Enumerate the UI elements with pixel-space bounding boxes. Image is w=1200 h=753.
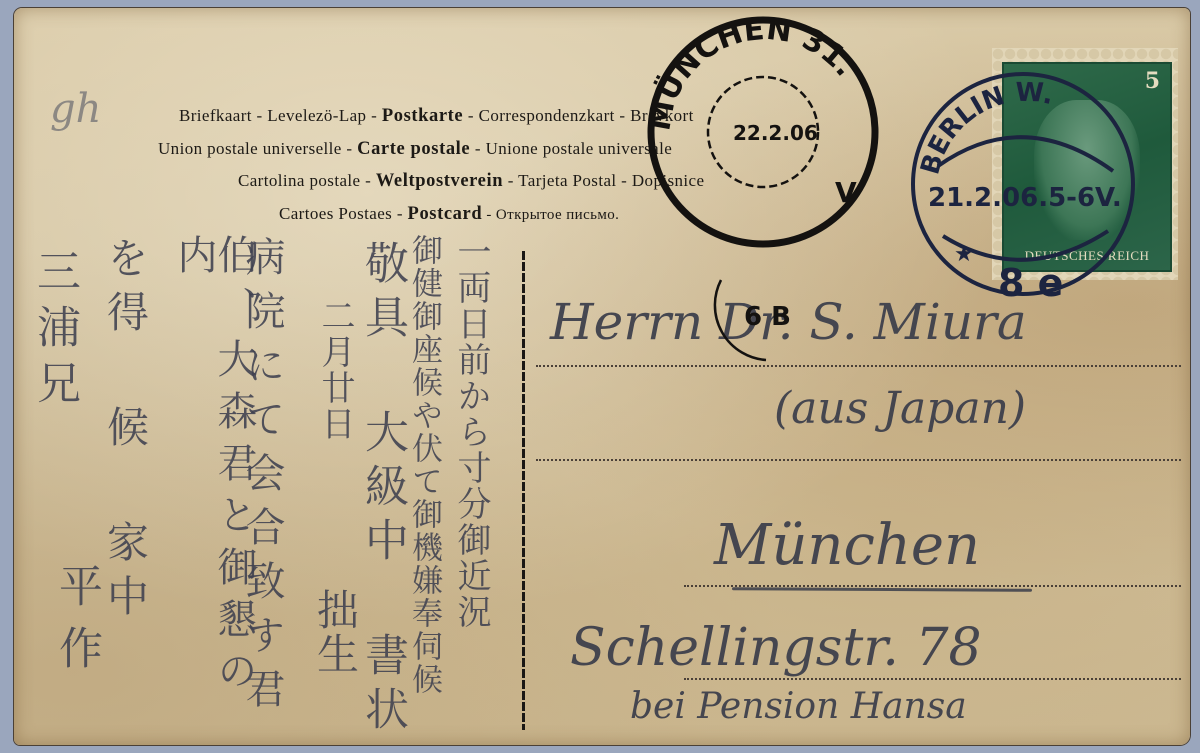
address-line-2 [536, 459, 1181, 461]
message-signature: 平作 [54, 563, 98, 687]
header-postcard: Postcard [408, 204, 483, 224]
munich-postmark: MÜNCHEN 31. 22.2.06 V [630, 12, 900, 252]
city-underline [732, 587, 1032, 592]
message-column-4: 二月廿日 [318, 298, 352, 442]
center-divider [522, 251, 525, 730]
berlin-office: 8 e [998, 261, 1063, 305]
message-column-3: 敬具 大級中 書状 [360, 240, 404, 740]
address-street: Schellingstr. 78 [570, 618, 982, 678]
munich-city: MÜNCHEN 31. [642, 12, 862, 133]
address-line-4 [684, 678, 1181, 680]
arrival-postmark: 6 B [696, 260, 836, 370]
address-note: (aus Japan) [774, 383, 1026, 434]
message-column-1: 一両日前から寸分御近況 [454, 234, 488, 630]
munich-date: 22.2.06 [733, 121, 818, 145]
munich-time: V [835, 176, 857, 209]
message-column-2: 御健御座候や伏て御機嫌奉伺候 [408, 234, 439, 696]
header-weltpostverein: Weltpostverein [376, 171, 503, 191]
message-column-9: 三浦兄 [32, 248, 76, 416]
arrival-text: 6 B [744, 302, 791, 332]
postcard: gh Briefkaart - Levelezö-Lap - Postkarte… [14, 8, 1190, 745]
pencil-notation: gh [50, 86, 101, 132]
svg-text:★: ★ [954, 242, 974, 267]
berlin-date: 21.2.06.5-6V. [928, 183, 1122, 213]
header-carte-postale: Carte postale [357, 139, 470, 159]
berlin-postmark: BERLIN W. 21.2.06.5-6V. 8 e ★ [898, 66, 1148, 306]
message-column-8: を得 候 家中 [104, 236, 146, 628]
header-postkarte: Postkarte [382, 106, 463, 126]
message-column-5: 拙生 [314, 588, 356, 676]
address-care-of: bei Pension Hansa [630, 686, 967, 727]
message-column-7: 伯、大森君と御懇の内 [174, 234, 254, 745]
address-city: München [714, 513, 980, 578]
berlin-city: BERLIN W. [915, 78, 1056, 178]
address-line-1 [536, 365, 1181, 367]
